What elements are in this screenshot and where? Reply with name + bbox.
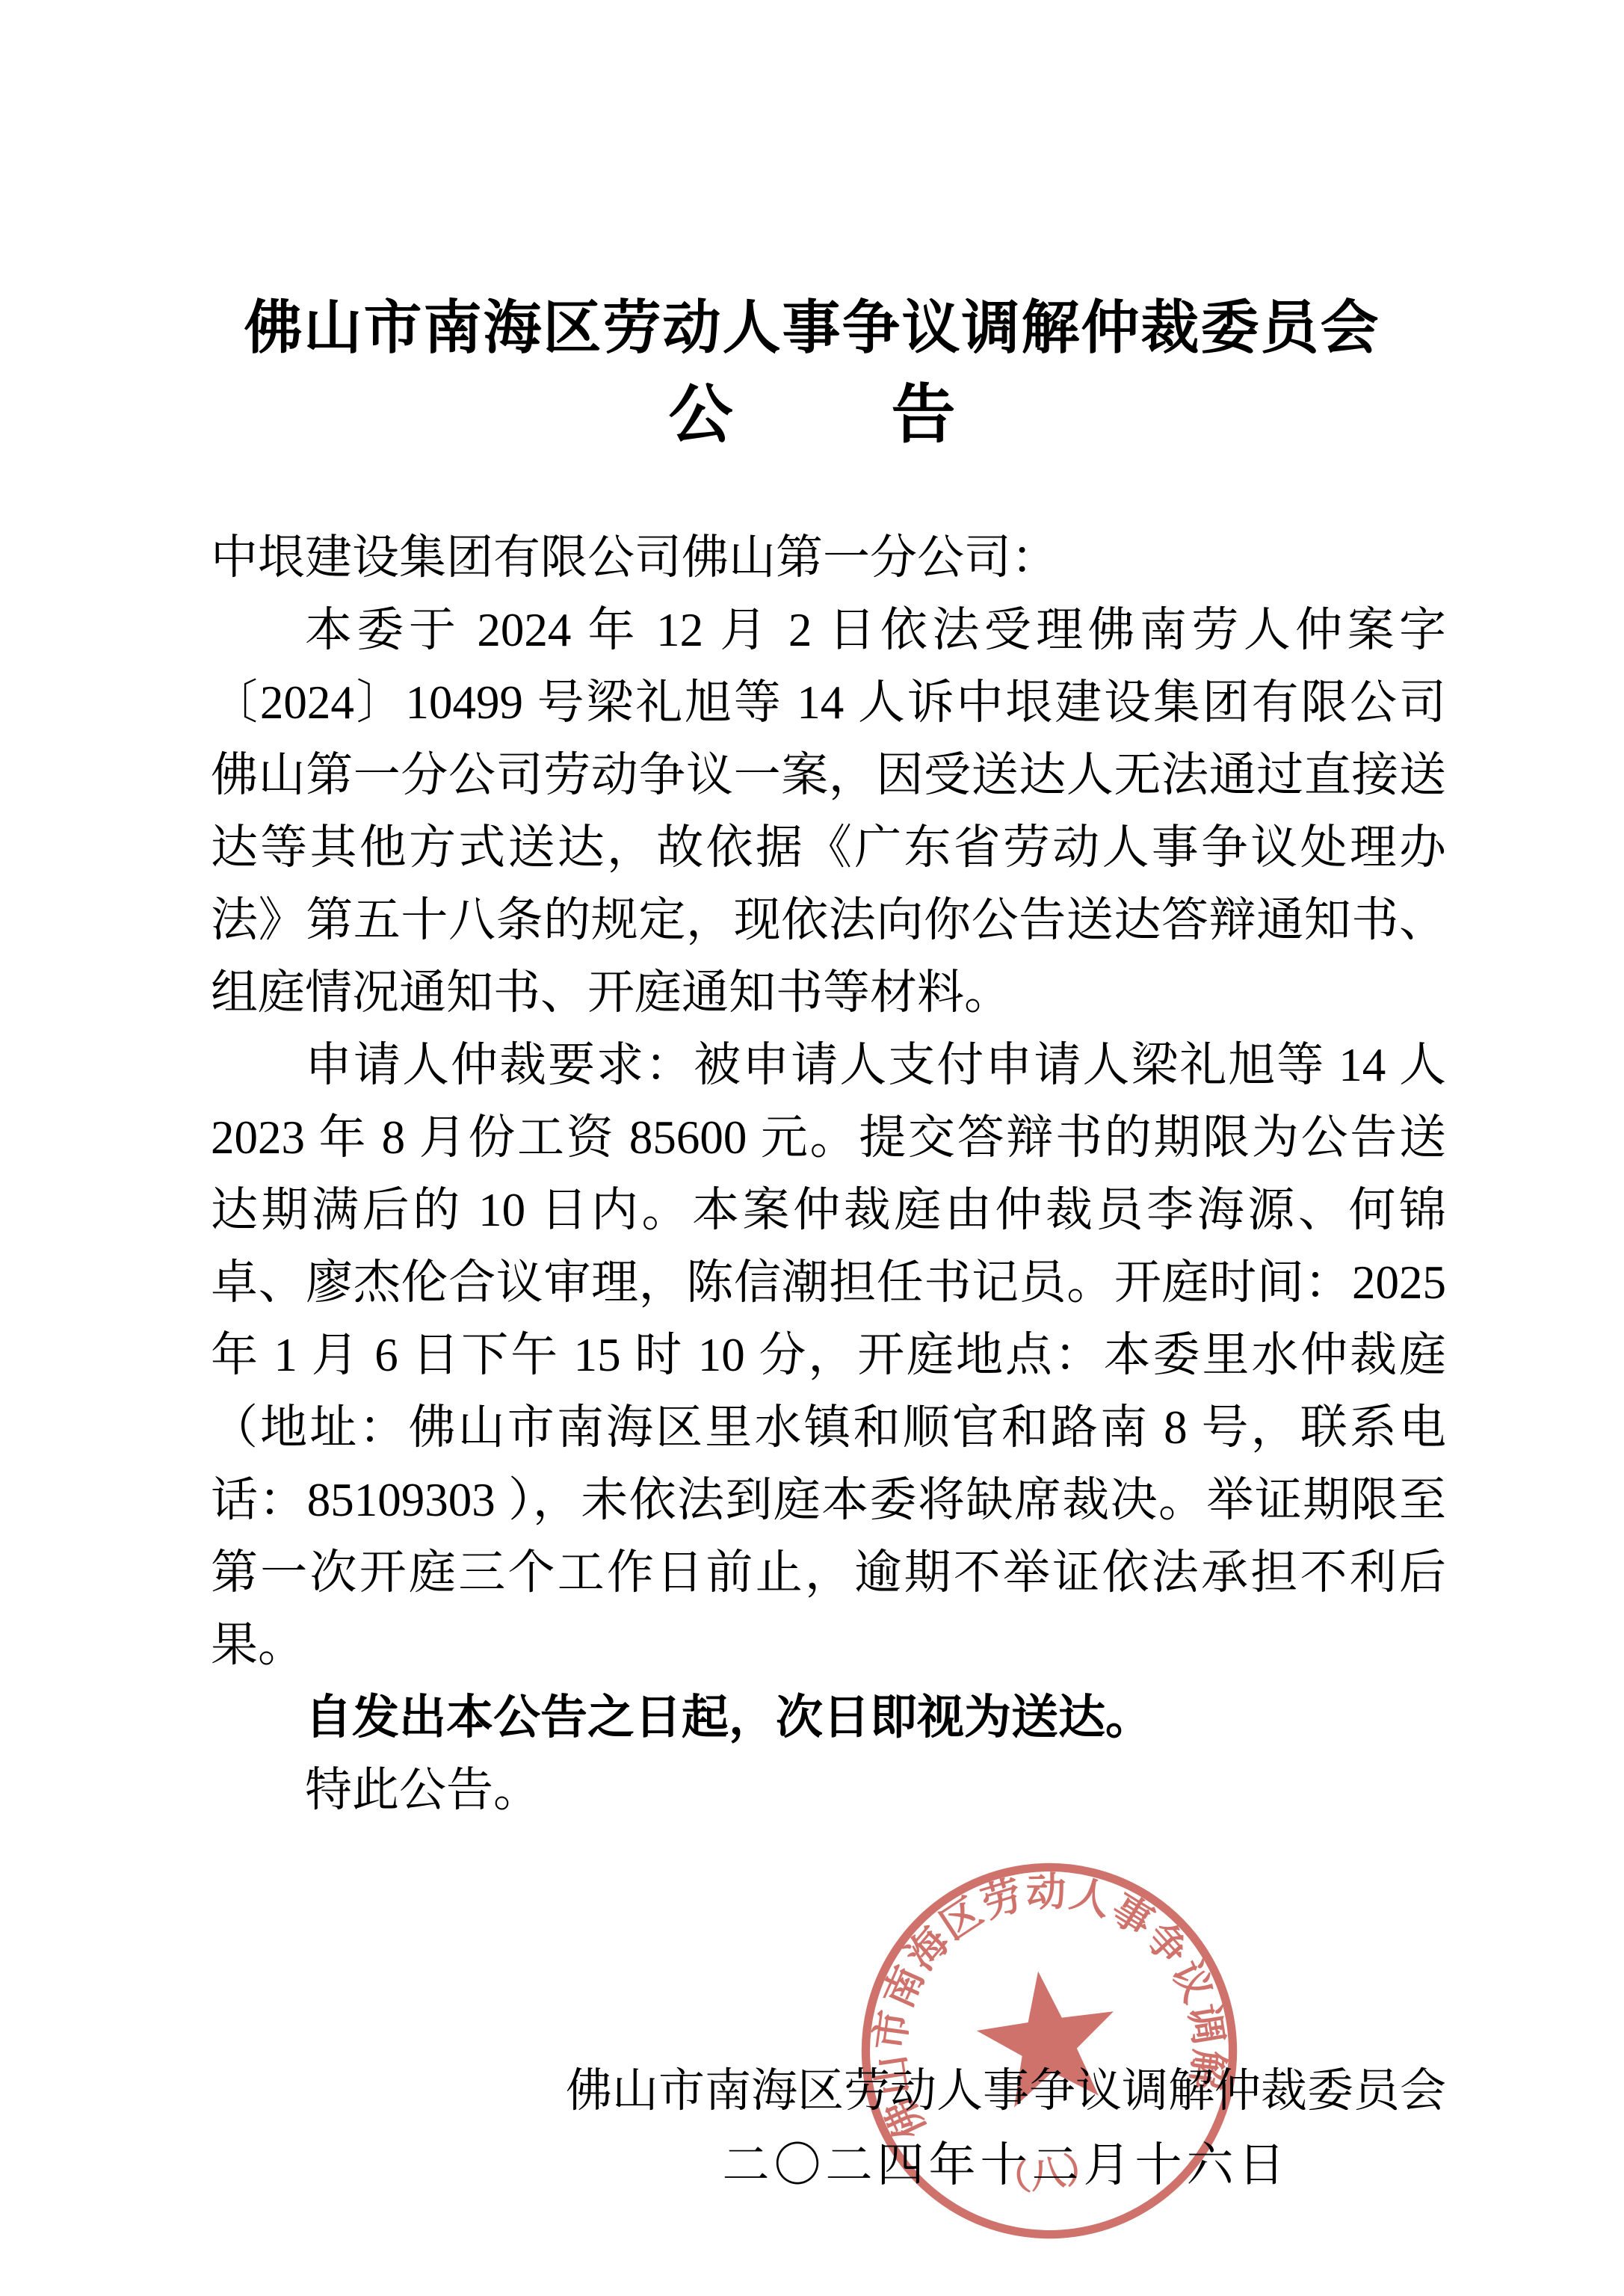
document-body: 中垠建设集团有限公司佛山第一分公司： 本委于 2024 年 12 月 2 日依法… (211, 522, 1446, 2203)
paragraph-service-effective: 自发出本公告之日起，次日即视为送达。 (211, 1682, 1446, 1754)
paragraph-case-acceptance: 本委于 2024 年 12 月 2 日依法受理佛南劳人仲案字〔2024〕1049… (211, 594, 1446, 1029)
salutation-line: 中垠建设集团有限公司佛山第一分公司： (211, 522, 1446, 594)
subtitle-char-gong: 公 (669, 380, 733, 451)
paragraph-arbitration-request: 申请人仲裁要求：被申请人支付申请人梁礼旭等 14 人 2023 年 8 月份工资… (211, 1029, 1446, 1682)
signature-committee-name: 佛山市南海区劳动人事争议调解仲裁委员会 (566, 2055, 1446, 2128)
closing-line: 特此公告。 (211, 1754, 1446, 1827)
document-subtitle: 公 告 (0, 380, 1624, 451)
announcement-document: 佛山市南海区劳动人事争议调解仲裁委员会 公 告 中垠建设集团有限公司佛山第一分公… (0, 0, 1624, 2296)
signature-block: 佛山市南海区劳动人事争议调解仲裁委员会 二〇二四年十二月十六日 (566, 2055, 1446, 2203)
subtitle-char-gao: 告 (892, 380, 956, 451)
document-title: 佛山市南海区劳动人事争议调解仲裁委员会 (0, 0, 1624, 360)
signature-date: 二〇二四年十二月十六日 (566, 2128, 1446, 2203)
